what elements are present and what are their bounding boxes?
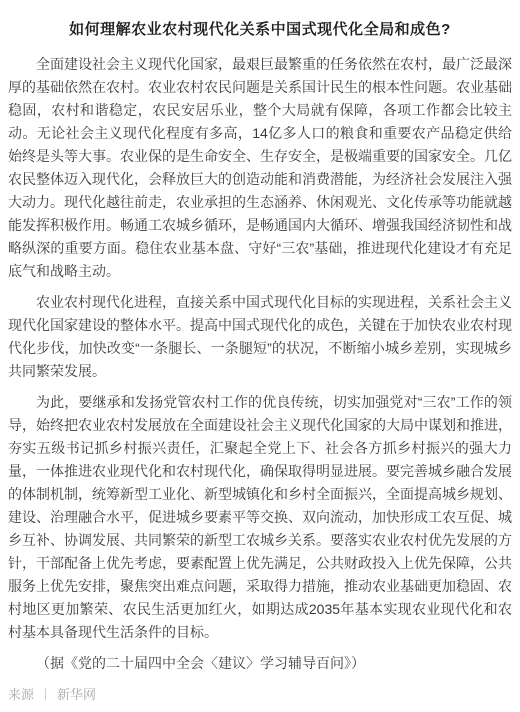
source-label: 来源 bbox=[8, 687, 34, 702]
attribution-line: （据《党的二十届四中全会〈建议〉学习辅导百问》） bbox=[8, 652, 512, 675]
source-name: 新华网 bbox=[57, 687, 96, 702]
article-paragraph-1: 全面建设社会主义现代化国家，最艰巨最繁重的任务依然在农村，最广泛最深厚的基础依然… bbox=[8, 53, 512, 283]
article-paragraph-2: 农业农村现代化进程，直接关系中国式现代化目标的实现进程，关系社会主义现代化国家建… bbox=[8, 291, 512, 383]
source-separator: ｜ bbox=[39, 687, 52, 703]
article-page: 如何理解农业农村现代化关系中国式现代化全局和成色? 全面建设社会主义现代化国家，… bbox=[0, 0, 520, 712]
article-title: 如何理解农业农村现代化关系中国式现代化全局和成色? bbox=[8, 22, 512, 38]
article-paragraph-3: 为此，要继承和发扬党管农村工作的优良传统，切实加强党对“三农”工作的领导，始终把… bbox=[8, 391, 512, 644]
source-line: 来源｜新华网 bbox=[8, 687, 512, 703]
